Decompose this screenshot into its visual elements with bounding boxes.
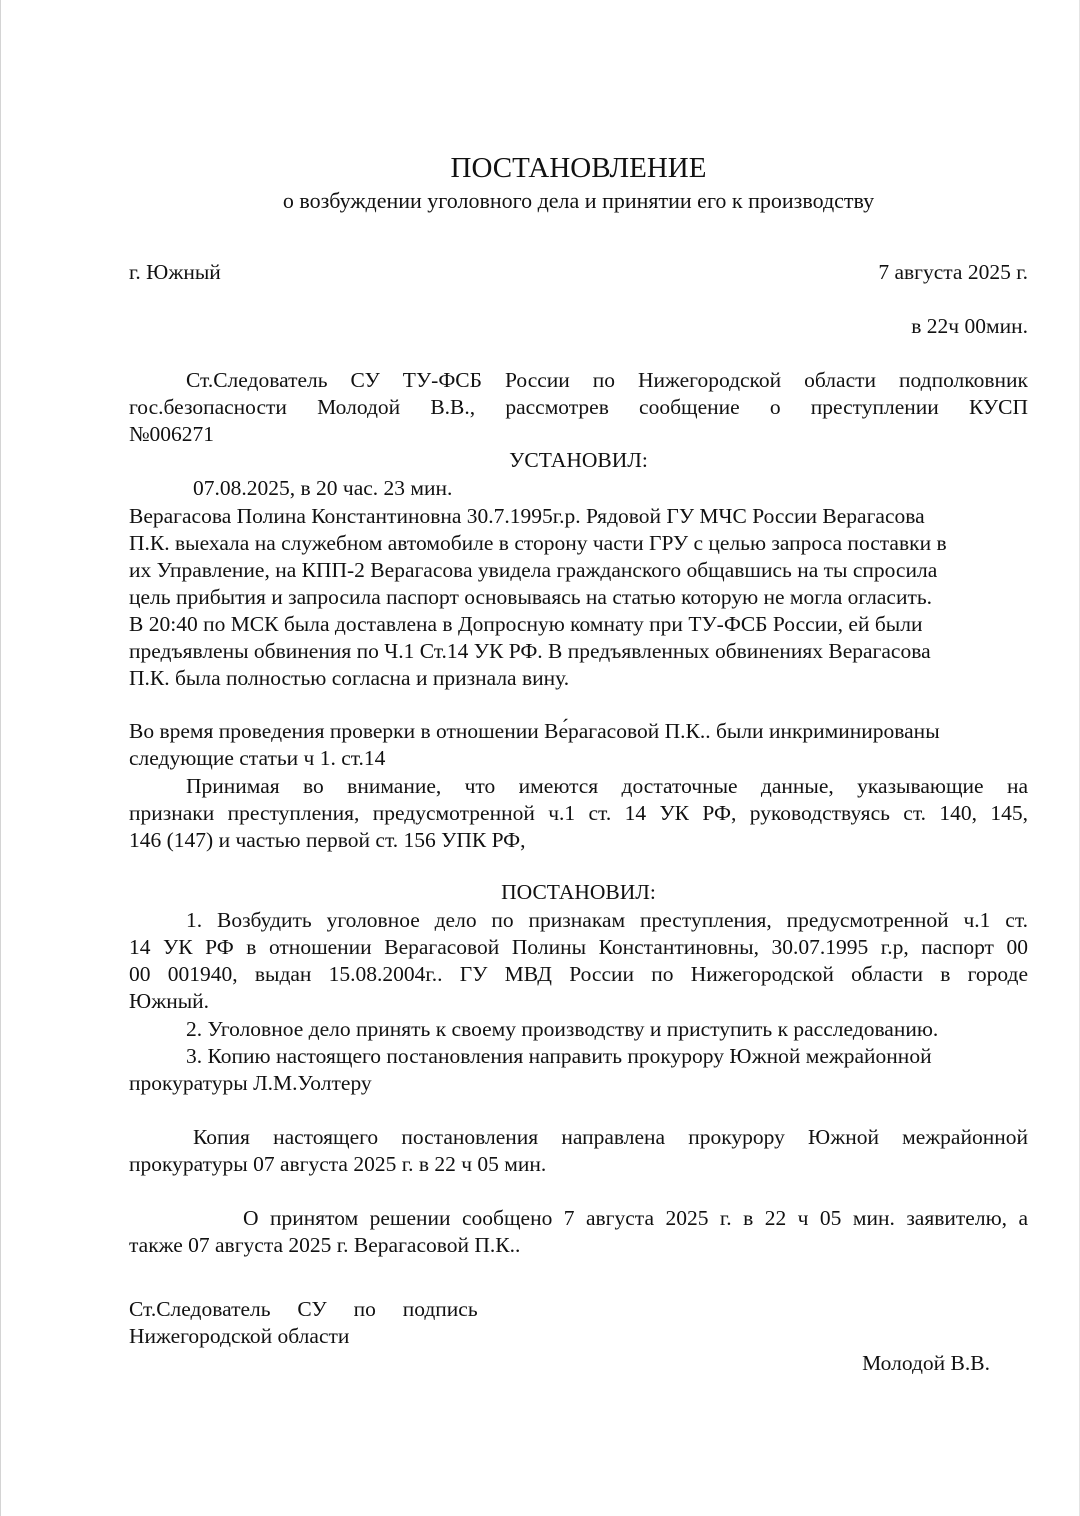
document-subtitle: о возбуждении уголовного дела и принятии… [129,188,1028,214]
copy-sent-paragraph: Копия настоящего постановления направлен… [129,1124,1028,1178]
intro-line: гос.безопасности Молодой В.В., рассмотре… [129,394,1028,421]
notified-line: О принятом решении сообщено 7 августа 20… [129,1205,1028,1232]
signature-position-line-1: Ст.Следователь СУ по подпись [129,1296,478,1323]
resolved-item-line: 1. Возбудить уголовное дело по признакам… [129,907,1028,934]
established-line: предъявлены обвинения по Ч.1 Ст.14 УК РФ… [129,638,1028,665]
intro-paragraph: Ст.Следователь СУ ТУ-ФСБ России по Нижег… [129,367,1028,448]
considering-paragraph: Принимая во внимание, что имеются достат… [129,773,1028,854]
resolved-heading: ПОСТАНОВИЛ: [129,880,1028,905]
established-line: В 20:40 по МСК была доставлена в Допросн… [129,611,1028,638]
notified-paragraph: О принятом решении сообщено 7 августа 20… [129,1205,1028,1259]
established-paragraph: Верагасова Полина Константиновна 30.7.19… [129,503,1028,692]
established-line: П.К. выехала на служебном автомобиле в с… [129,530,1028,557]
established-line: цель прибытия и запросила паспорт основы… [129,584,1028,611]
document-title: ПОСТАНОВЛЕНИЕ [129,152,1028,185]
established-datetime: 07.08.2025, в 20 час. 23 мин. [193,475,452,502]
resolved-item-line: 14 УК РФ в отношении Верагасовой Полины … [129,934,1028,961]
notified-line: также 07 августа 2025 г. Верагасовой П.К… [129,1232,1028,1259]
signature-name: Молодой В.В. [862,1350,990,1377]
resolved-item-2: 2. Уголовное дело принять к своему произ… [129,1016,1028,1043]
intro-line: Ст.Следователь СУ ТУ-ФСБ России по Нижег… [129,367,1028,394]
considering-line: 146 (147) и частью первой ст. 156 УПК РФ… [129,827,1028,854]
established-line: Верагасова Полина Константиновна 30.7.19… [129,503,1028,530]
resolved-item-line: прокуратуры Л.М.Уолтеру [129,1070,1028,1097]
check-line: Во время проведения проверки в отношении… [129,718,1028,745]
intro-line: №006271 [129,421,1028,448]
date: 7 августа 2025 г. [878,259,1028,286]
check-paragraph: Во время проведения проверки в отношении… [129,718,1028,772]
resolved-item-3: 3. Копию настоящего постановления направ… [129,1043,1028,1097]
resolved-item-1: 1. Возбудить уголовное дело по признакам… [129,907,1028,1015]
check-line: следующие статьи ч 1. ст.14 [129,745,1028,772]
resolved-item-line: 00 001940, выдан 15.08.2004г.. ГУ МВД Ро… [129,961,1028,988]
considering-line: Принимая во внимание, что имеются достат… [129,773,1028,800]
established-heading: УСТАНОВИЛ: [129,448,1028,473]
established-line: их Управление, на КПП-2 Верагасова увиде… [129,557,1028,584]
established-line: П.К. была полностью согласна и признала … [129,665,1028,692]
copy-sent-line: Копия настоящего постановления направлен… [129,1124,1028,1151]
page-left-edge [0,0,1,1516]
copy-sent-line: прокуратуры 07 августа 2025 г. в 22 ч 05… [129,1151,1028,1178]
resolved-item-line: Южный. [129,988,1028,1015]
considering-line: признаки преступления, предусмотренной ч… [129,800,1028,827]
resolved-item-line: 3. Копию настоящего постановления направ… [129,1043,1028,1070]
resolved-item-line: 2. Уголовное дело принять к своему произ… [129,1016,1028,1043]
time: в 22ч 00мин. [911,313,1028,340]
signature-position-line-2: Нижегородской области [129,1323,349,1350]
city: г. Южный [129,259,221,286]
